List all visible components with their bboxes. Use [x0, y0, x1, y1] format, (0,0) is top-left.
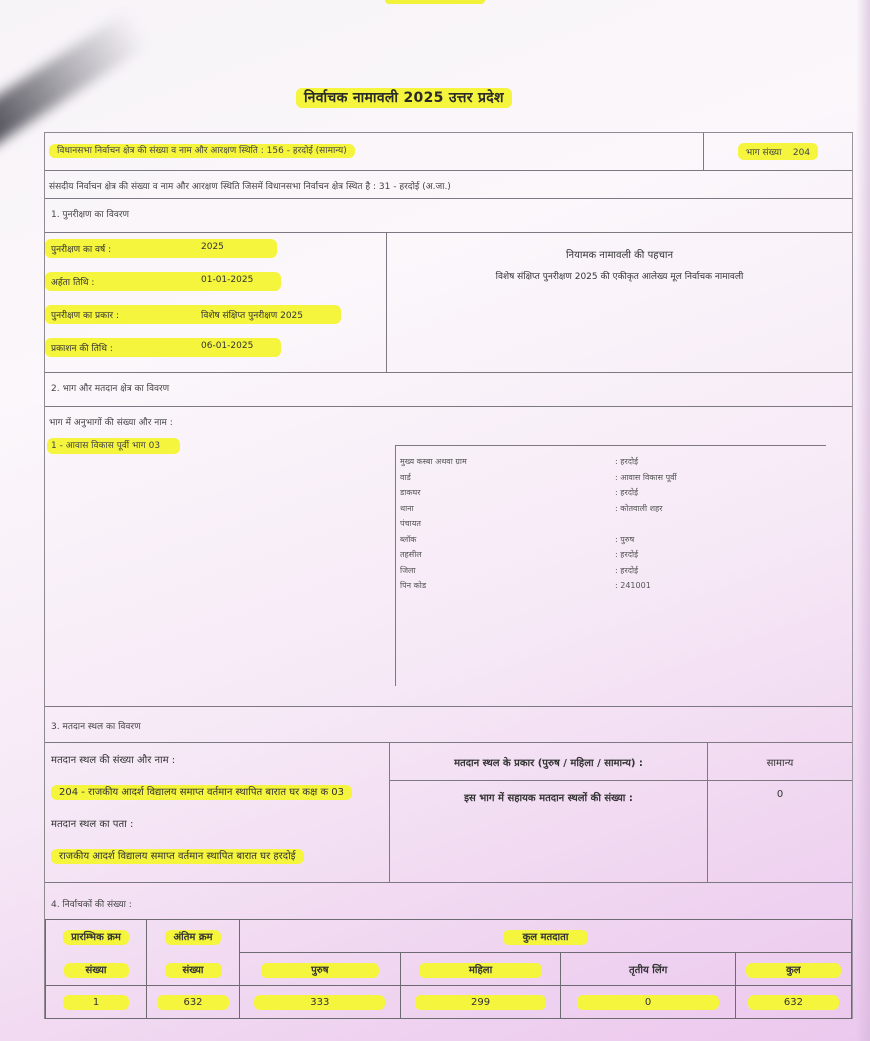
section-item: 1 - आवास विकास पूर्वी भाग 03: [47, 438, 180, 454]
address-box: मुख्य कस्बा अथवा ग्राम: हरदोई वार्ड: आवा…: [395, 445, 826, 686]
page-edge: [856, 0, 870, 1041]
station-label: मतदान स्थल की संख्या और नाम :: [51, 751, 383, 771]
revision-details: पुनरीक्षण का वर्ष :2025 अर्हता तिथि :01-…: [45, 233, 387, 372]
address-row: पिन कोड: 241001: [396, 578, 826, 594]
station-values: सामान्य 0: [708, 743, 852, 882]
part-number: भाग संख्या 204: [738, 143, 818, 160]
station-type-value: सामान्य: [708, 743, 852, 781]
aux-stations-value: 0: [708, 781, 852, 800]
end-serial-header: अंतिम क्रम: [165, 930, 220, 945]
address-row: तहसील: हरदोई: [396, 547, 826, 563]
constituency-line: विधानसभा निर्वाचन क्षेत्र की संख्या व ना…: [49, 144, 355, 158]
total-count: 632: [748, 995, 839, 1010]
identification-text: विशेष संक्षिप्त पुनरीक्षण 2025 की एकीकृत…: [387, 269, 852, 282]
station-value: 204 - राजकीय आदर्श विद्यालय समाप्त वर्तम…: [51, 785, 352, 800]
constituency-row: विधानसभा निर्वाचन क्षेत्र की संख्या व ना…: [45, 133, 852, 171]
publication-date: प्रकाशन की तिथि :06-01-2025: [45, 338, 386, 357]
address-row: वार्ड: आवास विकास पूर्वी: [396, 470, 826, 486]
total-voters-header: कुल मतदाता: [503, 930, 589, 945]
parliamentary-line: संसदीय निर्वाचन क्षेत्र की संख्या व नाम …: [45, 171, 852, 200]
male-header: पुरुष: [261, 963, 378, 978]
third-gender-count: 0: [577, 995, 719, 1010]
section1-heading: 1. पुनरीक्षण का विवरण: [45, 199, 852, 228]
section3-heading-row: 3. मतदान स्थल का विवरण: [45, 707, 852, 743]
third-gender-header: तृतीय लिंग: [629, 965, 667, 976]
polling-station-details: मतदान स्थल की संख्या और नाम : 204 - राजक…: [45, 743, 390, 882]
highlight-mark: [385, 0, 485, 4]
identification-title: नियामक नामावली की पहचान: [387, 247, 852, 261]
address-row: ब्लॉक: पुरुष: [396, 532, 826, 548]
male-count: 333: [254, 995, 385, 1010]
sections-subheading: भाग में अनुभागों की संख्या और नाम :: [45, 407, 852, 436]
section1-body: पुनरीक्षण का वर्ष :2025 अर्हता तिथि :01-…: [45, 233, 852, 373]
section2-heading-row: 2. भाग और मतदान क्षेत्र का विवरण: [45, 373, 852, 407]
total-header: कुल: [746, 963, 840, 978]
start-serial-header: प्रारम्भिक क्रम: [63, 930, 129, 945]
station-type-label: मतदान स्थल के प्रकार (पुरुष / महिला / सा…: [390, 743, 707, 781]
roll-frame: विधानसभा निर्वाचन क्षेत्र की संख्या व ना…: [44, 132, 853, 1019]
end-serial: 632: [157, 995, 228, 1010]
address-row: डाकघर: हरदोई: [396, 485, 826, 501]
station-address-value: राजकीय आदर्श विद्यालय समाप्त वर्तमान स्थ…: [51, 849, 304, 864]
female-header: महिला: [419, 963, 542, 978]
part-number-cell: भाग संख्या 204: [703, 133, 852, 170]
parliamentary-row: संसदीय निर्वाचन क्षेत्र की संख्या व नाम …: [45, 171, 852, 199]
station-attributes: मतदान स्थल के प्रकार (पुरुष / महिला / सा…: [390, 743, 708, 882]
section1-heading-row: 1. पुनरीक्षण का विवरण: [45, 199, 852, 233]
section4-heading-row: 4. निर्वाचकों की संख्या :: [45, 883, 852, 919]
page-title: निर्वाचक नामावली 2025 उत्तर प्रदेश: [296, 88, 512, 107]
roll-identification: नियामक नामावली की पहचान विशेष संक्षिप्त …: [387, 233, 852, 372]
address-row: थाना: कोतवाली शहर: [396, 501, 826, 517]
start-serial: 1: [63, 995, 129, 1010]
section2-heading: 2. भाग और मतदान क्षेत्र का विवरण: [45, 373, 852, 402]
section3-body: मतदान स्थल की संख्या और नाम : 204 - राजक…: [45, 743, 852, 883]
address-row: मुख्य कस्बा अथवा ग्राम: हरदोई: [396, 454, 826, 470]
station-address-label: मतदान स्थल का पता :: [51, 815, 383, 835]
qualifying-date: अर्हता तिथि :01-01-2025: [45, 272, 386, 291]
table-row: 1 632 333 299 0 632: [46, 986, 852, 1019]
revision-type: पुनरीक्षण का प्रकार :विशेष संक्षिप्त पुन…: [45, 305, 386, 324]
female-count: 299: [415, 995, 546, 1010]
section2-body: भाग में अनुभागों की संख्या और नाम : 1 - …: [45, 407, 852, 707]
section4-heading: 4. निर्वाचकों की संख्या :: [45, 883, 852, 918]
aux-stations-label: इस भाग में सहायक मतदान स्थलों की संख्या …: [390, 781, 707, 883]
revision-year: पुनरीक्षण का वर्ष :2025: [45, 239, 386, 258]
elector-count-table: प्रारम्भिक क्रम अंतिम क्रम कुल मतदाता सं…: [45, 919, 852, 1019]
section3-heading: 3. मतदान स्थल का विवरण: [45, 707, 852, 740]
address-row: पंचायत: [396, 516, 826, 532]
address-row: जिला: हरदोई: [396, 563, 826, 579]
